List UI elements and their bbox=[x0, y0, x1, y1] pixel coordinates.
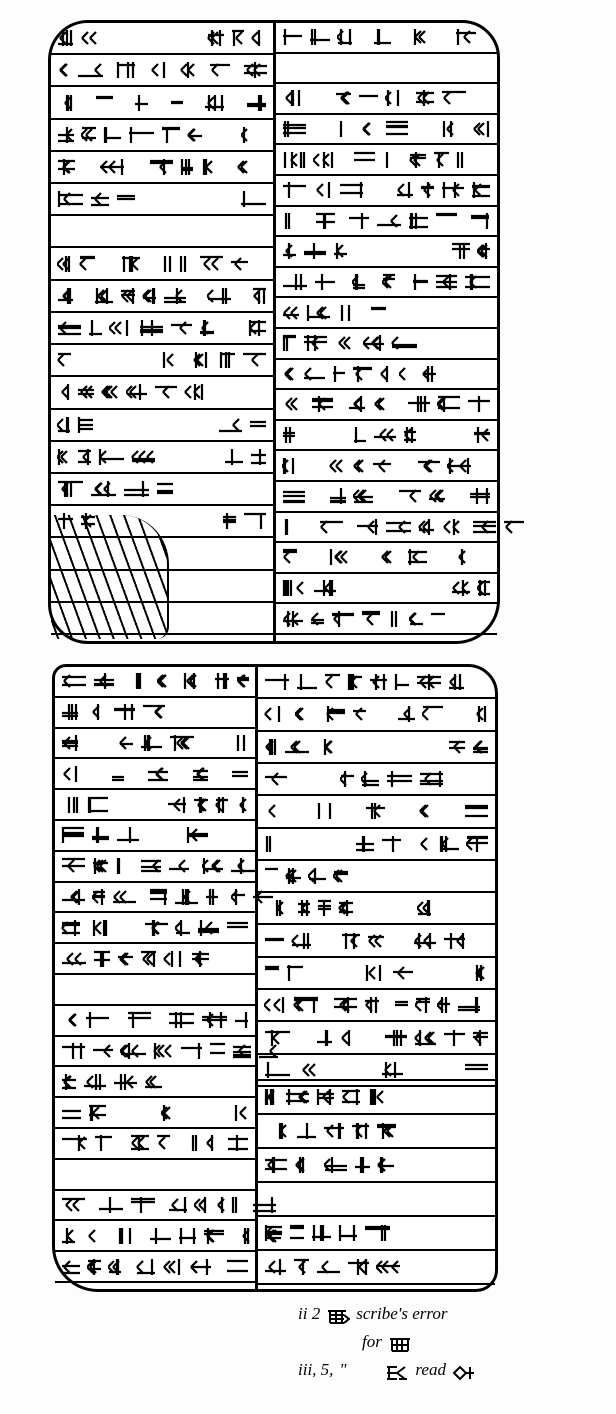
cuneiform-signs bbox=[264, 1088, 489, 1106]
cuneiform-signs bbox=[57, 351, 267, 369]
cuneiform-sign-icon bbox=[334, 334, 357, 352]
cuneiform-sign-icon bbox=[77, 416, 94, 434]
text-line bbox=[276, 360, 497, 391]
cuneiform-sign-icon bbox=[192, 765, 209, 783]
cuneiform-sign-icon bbox=[282, 457, 298, 475]
cuneiform-sign-icon bbox=[367, 932, 385, 950]
cuneiform-sign-icon bbox=[443, 932, 466, 950]
cuneiform-sign-icon bbox=[412, 28, 436, 46]
cuneiform-signs bbox=[57, 255, 267, 273]
text-line bbox=[276, 207, 497, 238]
cuneiform-sign-icon bbox=[243, 61, 268, 79]
cuneiform-sign-icon bbox=[394, 996, 409, 1014]
cuneiform-sign-icon bbox=[130, 1196, 156, 1214]
cuneiform-sign-icon bbox=[85, 1011, 110, 1029]
cuneiform-sign-icon bbox=[205, 1134, 221, 1152]
cuneiform-sign-icon bbox=[192, 351, 213, 369]
cuneiform-sign-icon bbox=[61, 1196, 86, 1214]
cuneiform-sign-icon bbox=[91, 826, 110, 844]
cuneiform-sign-icon bbox=[385, 1362, 409, 1378]
cuneiform-sign-icon bbox=[93, 950, 111, 968]
cuneiform-signs bbox=[282, 518, 491, 536]
cuneiform-sign-icon bbox=[456, 151, 482, 169]
cuneiform-sign-icon bbox=[218, 416, 243, 434]
note-text: read bbox=[415, 1356, 446, 1384]
text-line bbox=[51, 313, 273, 345]
text-line bbox=[276, 543, 497, 574]
cuneiform-sign-icon bbox=[207, 29, 225, 47]
cuneiform-sign-icon bbox=[316, 1029, 333, 1047]
cuneiform-sign-icon bbox=[99, 158, 125, 176]
cuneiform-sign-icon bbox=[466, 835, 489, 853]
cuneiform-sign-icon bbox=[57, 61, 71, 79]
cuneiform-sign-icon bbox=[226, 919, 249, 937]
cuneiform-signs bbox=[264, 996, 489, 1014]
cuneiform-sign-icon bbox=[282, 242, 297, 260]
text-line bbox=[258, 925, 495, 957]
cuneiform-sign-icon bbox=[199, 255, 224, 273]
text-line bbox=[55, 1221, 255, 1252]
cuneiform-sign-icon bbox=[109, 319, 133, 337]
cuneiform-signs bbox=[282, 181, 491, 199]
cuneiform-sign-icon bbox=[282, 273, 308, 291]
text-line bbox=[51, 281, 273, 313]
text-line bbox=[55, 1129, 255, 1160]
cuneiform-sign-icon bbox=[435, 212, 458, 230]
cuneiform-sign-icon bbox=[226, 1258, 249, 1276]
cuneiform-signs bbox=[264, 964, 489, 982]
text-line bbox=[276, 421, 497, 452]
cuneiform-sign-icon bbox=[88, 319, 103, 337]
cuneiform-sign-icon bbox=[216, 1196, 240, 1214]
text-line bbox=[276, 23, 497, 54]
cuneiform-sign-icon bbox=[365, 802, 386, 820]
text-line bbox=[276, 574, 497, 605]
cuneiform-sign-icon bbox=[381, 835, 402, 853]
cuneiform-sign-icon bbox=[361, 770, 380, 788]
cuneiform-signs bbox=[61, 703, 249, 721]
cuneiform-sign-icon bbox=[92, 1042, 114, 1060]
cuneiform-sign-icon bbox=[156, 1134, 171, 1152]
cuneiform-sign-icon bbox=[282, 334, 297, 352]
cuneiform-sign-icon bbox=[154, 383, 178, 401]
text-line bbox=[258, 1081, 495, 1115]
cuneiform-sign-icon bbox=[234, 734, 249, 752]
cuneiform-sign-icon bbox=[87, 1258, 102, 1276]
cuneiform-sign-icon bbox=[418, 802, 433, 820]
cuneiform-sign-icon bbox=[187, 126, 203, 144]
cuneiform-sign-icon bbox=[353, 426, 367, 444]
column-ii bbox=[276, 23, 497, 641]
cuneiform-signs bbox=[264, 802, 489, 820]
text-line bbox=[55, 729, 255, 760]
cuneiform-sign-icon bbox=[140, 734, 163, 752]
cuneiform-sign-icon bbox=[285, 867, 302, 885]
cuneiform-sign-icon bbox=[156, 480, 174, 498]
footnote-1: ii 2 scribe's error bbox=[298, 1300, 598, 1328]
cuneiform-sign-icon bbox=[340, 770, 355, 788]
cuneiform-sign-icon bbox=[157, 672, 171, 690]
cuneiform-sign-icon bbox=[385, 120, 409, 138]
cuneiform-sign-icon bbox=[369, 673, 388, 691]
cuneiform-signs bbox=[282, 304, 491, 322]
cuneiform-sign-icon bbox=[175, 919, 191, 937]
cuneiform-sign-icon bbox=[142, 287, 157, 305]
cuneiform-sign-icon bbox=[324, 673, 341, 691]
tablet-obverse bbox=[48, 20, 500, 644]
text-line bbox=[276, 176, 497, 207]
cuneiform-sign-icon bbox=[264, 673, 290, 691]
cuneiform-sign-icon bbox=[441, 518, 466, 536]
cuneiform-sign-icon bbox=[77, 383, 95, 401]
cuneiform-signs bbox=[282, 273, 491, 291]
cuneiform-sign-icon bbox=[197, 919, 220, 937]
cuneiform-sign-icon bbox=[204, 94, 225, 112]
cuneiform-signs bbox=[57, 416, 267, 434]
cuneiform-sign-icon bbox=[101, 383, 120, 401]
cuneiform-sign-icon bbox=[142, 61, 168, 79]
cuneiform-sign-icon bbox=[338, 120, 354, 138]
text-line bbox=[55, 667, 255, 698]
cuneiform-sign-icon bbox=[373, 28, 392, 46]
cuneiform-sign-icon bbox=[311, 395, 334, 413]
cuneiform-signs bbox=[61, 765, 249, 783]
cuneiform-sign-icon bbox=[264, 1258, 287, 1276]
cuneiform-sign-icon bbox=[240, 190, 267, 208]
cuneiform-sign-icon bbox=[316, 738, 338, 756]
cuneiform-sign-icon bbox=[93, 672, 115, 690]
text-line bbox=[51, 248, 273, 280]
cuneiform-sign-icon bbox=[329, 487, 347, 505]
cuneiform-sign-icon bbox=[313, 151, 337, 169]
cuneiform-signs bbox=[61, 888, 249, 906]
cuneiform-sign-icon bbox=[162, 1258, 184, 1276]
cuneiform-signs bbox=[57, 158, 267, 176]
cuneiform-sign-icon bbox=[282, 89, 305, 107]
cuneiform-sign-icon bbox=[57, 126, 75, 144]
cuneiform-sign-icon bbox=[282, 426, 296, 444]
cuneiform-sign-icon bbox=[234, 1011, 249, 1029]
cuneiform-signs bbox=[57, 29, 267, 47]
cuneiform-sign-icon bbox=[207, 287, 232, 305]
cuneiform-sign-icon bbox=[437, 996, 451, 1014]
cuneiform-sign-icon bbox=[168, 1196, 188, 1214]
cuneiform-sign-icon bbox=[314, 273, 336, 291]
text-line bbox=[55, 883, 255, 914]
text-line bbox=[55, 913, 255, 944]
cuneiform-sign-icon bbox=[130, 1134, 150, 1152]
cuneiform-signs bbox=[282, 151, 491, 169]
cuneiform-sign-icon bbox=[231, 1227, 254, 1245]
cuneiform-signs bbox=[57, 319, 267, 337]
text-line bbox=[276, 298, 497, 329]
cuneiform-sign-icon bbox=[180, 1042, 203, 1060]
cuneiform-sign-icon bbox=[201, 1011, 228, 1029]
cuneiform-sign-icon bbox=[339, 181, 364, 199]
cuneiform-sign-icon bbox=[232, 1042, 252, 1060]
text-line bbox=[276, 54, 497, 85]
cuneiform-sign-icon bbox=[361, 610, 381, 628]
cuneiform-sign-icon bbox=[414, 1029, 437, 1047]
cuneiform-sign-icon bbox=[134, 94, 149, 112]
cuneiform-sign-icon bbox=[264, 802, 281, 820]
cuneiform-sign-icon bbox=[115, 857, 134, 875]
cuneiform-sign-icon bbox=[291, 932, 312, 950]
cuneiform-sign-icon bbox=[61, 1011, 79, 1029]
cuneiform-sign-icon bbox=[296, 1122, 317, 1140]
cuneiform-signs bbox=[57, 61, 267, 79]
cuneiform-sign-icon bbox=[161, 1104, 177, 1122]
cuneiform-sign-icon bbox=[323, 1122, 345, 1140]
cuneiform-sign-icon bbox=[92, 857, 109, 875]
note-ref: iii, 5, bbox=[298, 1356, 333, 1384]
cuneiform-signs bbox=[61, 919, 249, 937]
cuneiform-sign-icon bbox=[61, 1104, 82, 1122]
cuneiform-sign-icon bbox=[416, 673, 442, 691]
cuneiform-signs bbox=[282, 610, 491, 628]
text-line bbox=[276, 482, 497, 513]
footnote-1-continuation: for bbox=[298, 1328, 598, 1356]
cuneiform-signs bbox=[282, 212, 491, 230]
cuneiform-sign-icon bbox=[264, 1156, 288, 1174]
cuneiform-sign-icon bbox=[440, 120, 462, 138]
text-line bbox=[258, 1251, 495, 1285]
cuneiform-sign-icon bbox=[354, 1156, 371, 1174]
cuneiform-sign-icon bbox=[57, 287, 74, 305]
cuneiform-sign-icon bbox=[250, 448, 267, 466]
cuneiform-sign-icon bbox=[90, 190, 110, 208]
cuneiform-sign-icon bbox=[316, 1258, 341, 1276]
cuneiform-signs bbox=[282, 457, 491, 475]
cuneiform-sign-icon bbox=[57, 190, 84, 208]
cuneiform-sign-icon bbox=[341, 1088, 361, 1106]
cuneiform-sign-icon bbox=[199, 319, 215, 337]
cuneiform-sign-icon bbox=[439, 835, 460, 853]
cuneiform-sign-icon bbox=[264, 738, 278, 756]
cuneiform-sign-icon bbox=[418, 518, 435, 536]
cuneiform-signs bbox=[282, 548, 491, 566]
footnote-2: iii, 5, " read bbox=[298, 1356, 598, 1384]
cuneiform-sign-icon bbox=[376, 212, 402, 230]
cuneiform-sign-icon bbox=[61, 1042, 86, 1060]
cuneiform-sign-icon bbox=[202, 857, 224, 875]
cuneiform-sign-icon bbox=[324, 1156, 348, 1174]
text-line bbox=[55, 790, 255, 821]
cuneiform-sign-icon bbox=[472, 1029, 489, 1047]
cuneiform-sign-icon bbox=[474, 705, 489, 723]
cuneiform-sign-icon bbox=[408, 212, 429, 230]
cuneiform-sign-icon bbox=[113, 1073, 138, 1091]
cuneiform-sign-icon bbox=[441, 181, 465, 199]
cuneiform-sign-icon bbox=[464, 802, 489, 820]
cuneiform-sign-icon bbox=[471, 181, 491, 199]
cuneiform-sign-icon bbox=[372, 457, 392, 475]
cuneiform-sign-icon bbox=[147, 765, 169, 783]
cuneiform-sign-icon bbox=[397, 705, 416, 723]
cuneiform-sign-icon bbox=[370, 304, 387, 322]
cuneiform-sign-icon bbox=[448, 673, 465, 691]
cuneiform-sign-icon bbox=[61, 888, 86, 906]
cuneiform-sign-icon bbox=[377, 1156, 395, 1174]
cuneiform-signs bbox=[57, 383, 267, 401]
cuneiform-sign-icon bbox=[87, 919, 109, 937]
text-line bbox=[276, 145, 497, 176]
cuneiform-sign-icon bbox=[289, 1224, 305, 1242]
cuneiform-sign-icon bbox=[94, 1134, 113, 1152]
cuneiform-sign-icon bbox=[285, 1088, 310, 1106]
cuneiform-signs bbox=[61, 1196, 249, 1214]
cuneiform-sign-icon bbox=[337, 304, 364, 322]
cuneiform-sign-icon bbox=[352, 457, 366, 475]
cuneiform-sign-icon bbox=[392, 964, 414, 982]
cuneiform-sign-icon bbox=[94, 287, 114, 305]
cuneiform-signs bbox=[61, 1011, 249, 1029]
cuneiform-sign-icon bbox=[90, 480, 117, 498]
cuneiform-sign-icon bbox=[108, 1258, 122, 1276]
cuneiform-sign-icon bbox=[149, 1227, 172, 1245]
cuneiform-sign-icon bbox=[57, 94, 74, 112]
cuneiform-signs bbox=[61, 672, 249, 690]
cuneiform-signs bbox=[61, 826, 249, 844]
cuneiform-sign-icon bbox=[57, 480, 84, 498]
cuneiform-sign-icon bbox=[352, 273, 366, 291]
cuneiform-signs bbox=[282, 334, 491, 352]
cuneiform-sign-icon bbox=[251, 29, 267, 47]
cuneiform-sign-icon bbox=[451, 242, 471, 260]
cuneiform-sign-icon bbox=[61, 1073, 77, 1091]
cuneiform-sign-icon bbox=[230, 857, 256, 875]
text-line bbox=[258, 829, 495, 861]
cuneiform-sign-icon bbox=[315, 212, 336, 230]
cuneiform-sign-icon bbox=[113, 703, 136, 721]
cuneiform-sign-icon bbox=[293, 996, 319, 1014]
cuneiform-sign-icon bbox=[264, 1029, 291, 1047]
cuneiform-sign-icon bbox=[353, 487, 374, 505]
cuneiform-sign-icon bbox=[448, 738, 466, 756]
cuneiform-sign-icon bbox=[317, 899, 332, 917]
cuneiform-signs bbox=[264, 1122, 489, 1140]
cuneiform-sign-icon bbox=[121, 255, 141, 273]
text-line bbox=[55, 975, 255, 1006]
cuneiform-signs bbox=[57, 94, 267, 112]
cuneiform-sign-icon bbox=[286, 964, 304, 982]
cuneiform-sign-icon bbox=[227, 1134, 249, 1152]
cuneiform-sign-icon bbox=[412, 273, 429, 291]
cuneiform-sign-icon bbox=[382, 151, 403, 169]
cuneiform-signs bbox=[264, 738, 489, 756]
cuneiform-sign-icon bbox=[415, 996, 431, 1014]
cuneiform-sign-icon bbox=[98, 448, 125, 466]
cuneiform-sign-icon bbox=[215, 796, 229, 814]
cuneiform-sign-icon bbox=[163, 950, 185, 968]
cuneiform-sign-icon bbox=[178, 1227, 197, 1245]
cuneiform-sign-icon bbox=[391, 334, 418, 352]
text-line bbox=[51, 120, 273, 152]
tablet-reverse bbox=[52, 664, 498, 1292]
cuneiform-signs bbox=[61, 734, 249, 752]
cuneiform-sign-icon bbox=[331, 610, 355, 628]
cuneiform-sign-icon bbox=[61, 826, 85, 844]
text-line bbox=[258, 861, 495, 893]
cuneiform-signs bbox=[57, 287, 267, 305]
text-line bbox=[51, 410, 273, 442]
cuneiform-sign-icon bbox=[85, 703, 107, 721]
cuneiform-sign-icon bbox=[77, 448, 92, 466]
text-line bbox=[258, 796, 495, 828]
cuneiform-signs bbox=[282, 28, 491, 46]
cuneiform-sign-icon bbox=[252, 287, 267, 305]
cuneiform-sign-icon bbox=[61, 703, 79, 721]
text-line bbox=[258, 893, 495, 925]
cuneiform-sign-icon bbox=[264, 1088, 279, 1106]
note-ref: ii 2 bbox=[298, 1300, 320, 1328]
cuneiform-sign-icon bbox=[236, 672, 250, 690]
note-for: for bbox=[362, 1328, 382, 1356]
cuneiform-signs bbox=[264, 867, 489, 885]
cuneiform-signs bbox=[282, 426, 491, 444]
cuneiform-sign-icon bbox=[363, 334, 385, 352]
cuneiform-sign-icon bbox=[387, 610, 403, 628]
cuneiform-sign-icon bbox=[469, 487, 491, 505]
cuneiform-sign-icon bbox=[467, 395, 491, 413]
text-line bbox=[51, 87, 273, 119]
cuneiform-sign-icon bbox=[422, 365, 437, 383]
text-line bbox=[258, 1183, 495, 1217]
text-line bbox=[55, 1067, 255, 1098]
text-line bbox=[258, 764, 495, 796]
cuneiform-sign-icon bbox=[477, 242, 491, 260]
cuneiform-sign-icon bbox=[408, 835, 433, 853]
cuneiform-sign-icon bbox=[348, 395, 366, 413]
cuneiform-sign-icon bbox=[230, 255, 249, 273]
cuneiform-sign-icon bbox=[117, 950, 134, 968]
cuneiform-signs bbox=[264, 673, 489, 691]
cuneiform-sign-icon bbox=[242, 351, 267, 369]
cuneiform-sign-icon bbox=[308, 867, 327, 885]
cuneiform-sign-icon bbox=[294, 1156, 318, 1174]
text-line bbox=[258, 990, 495, 1022]
cuneiform-sign-icon bbox=[159, 351, 186, 369]
text-line bbox=[258, 1217, 495, 1251]
cuneiform-sign-icon bbox=[394, 673, 410, 691]
cuneiform-sign-icon bbox=[419, 770, 444, 788]
cuneiform-signs bbox=[61, 857, 249, 875]
cuneiform-sign-icon bbox=[147, 255, 173, 273]
cuneiform-sign-icon bbox=[264, 835, 284, 853]
text-line bbox=[258, 1149, 495, 1183]
text-line bbox=[55, 852, 255, 883]
cuneiform-sign-icon bbox=[103, 126, 122, 144]
cuneiform-sign-icon bbox=[264, 996, 287, 1014]
cuneiform-signs bbox=[282, 242, 491, 260]
cuneiform-sign-icon bbox=[396, 181, 414, 199]
cuneiform-sign-icon bbox=[376, 1122, 397, 1140]
cuneiform-sign-icon bbox=[180, 61, 197, 79]
text-line bbox=[258, 699, 495, 731]
cuneiform-sign-icon bbox=[282, 120, 307, 138]
cuneiform-sign-icon bbox=[142, 703, 166, 721]
text-line bbox=[258, 667, 495, 699]
cuneiform-sign-icon bbox=[153, 1042, 174, 1060]
cuneiform-sign-icon bbox=[231, 888, 246, 906]
cuneiform-sign-icon bbox=[303, 334, 328, 352]
cuneiform-signs bbox=[61, 950, 249, 968]
cuneiform-sign-icon bbox=[355, 835, 375, 853]
cuneiform-sign-icon bbox=[177, 672, 202, 690]
cuneiform-sign-icon bbox=[209, 61, 231, 79]
cuneiform-sign-icon bbox=[246, 94, 267, 112]
text-line bbox=[276, 390, 497, 421]
